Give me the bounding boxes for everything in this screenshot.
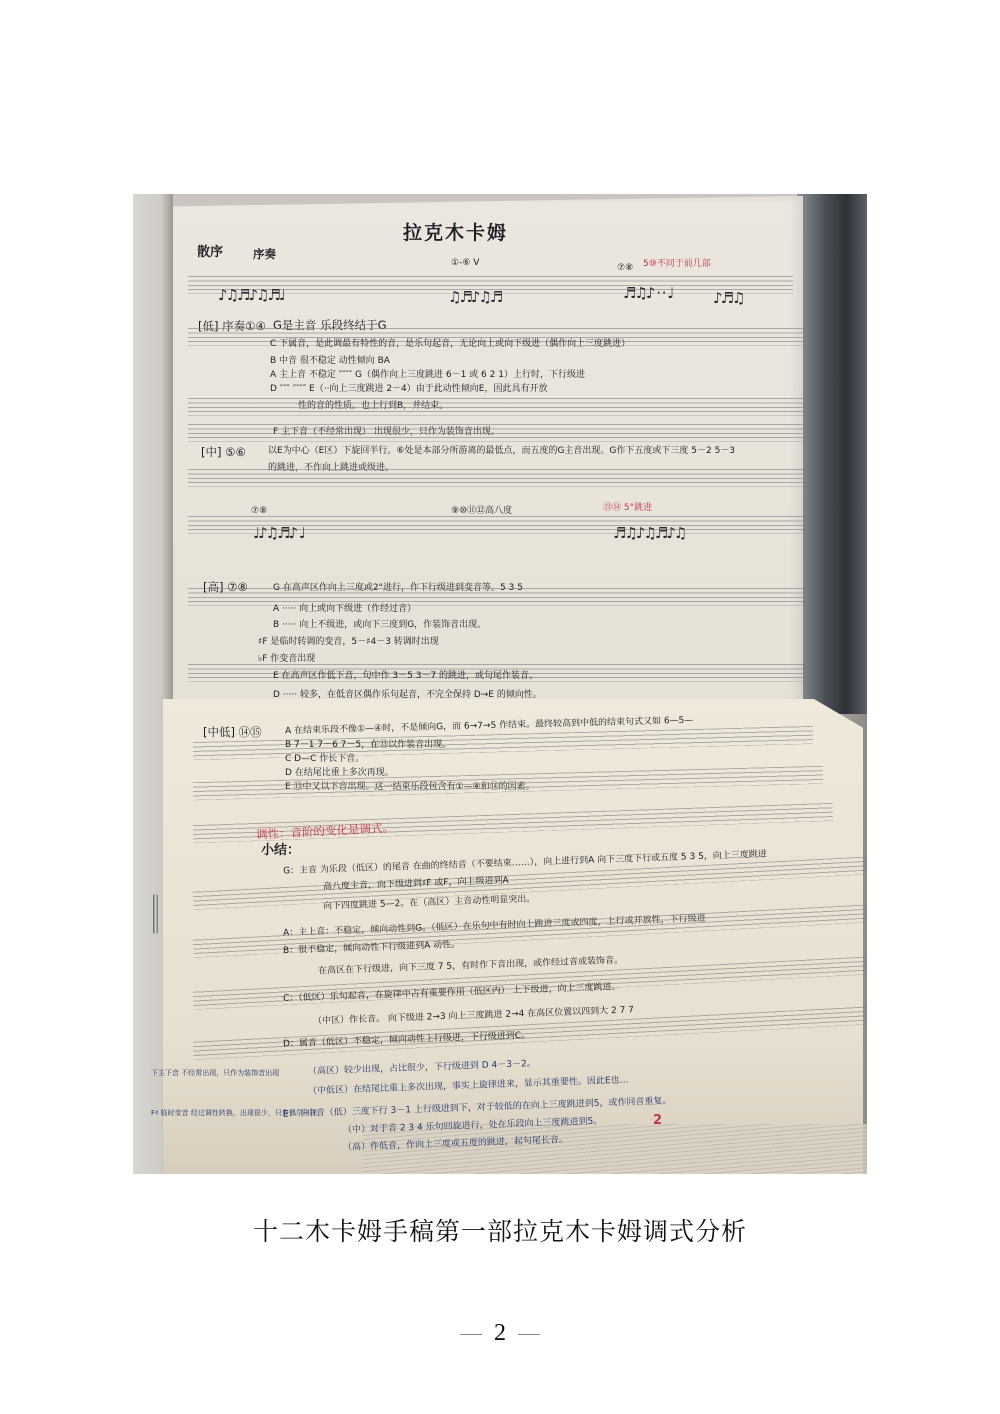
margin-note: F♯ 临时变音 经过调性转换，出现很少，只作偶尔出现 — [151, 1110, 317, 1117]
figure-caption: 十二木卡姆手稿第一部拉克木卡姆调式分析 — [0, 1212, 1000, 1248]
music-notes: ♫♬♪♫♬ — [448, 288, 501, 306]
margin-note: 下主下音 不经常出现，只作为装饰音出现 — [151, 1070, 279, 1077]
red-page-mark: 2 — [653, 1114, 662, 1127]
page-number-dash-left — [460, 1334, 482, 1336]
manuscript-photo: 拉克木卡姆 散序 序奏 ①-⑥ V ⑦⑧ 5⑩不同于前几部 ♪♫♬♪♫♬♩ ♫♬… — [133, 194, 867, 1174]
section-high-line: D ····· 较多，在低音区偶作乐句起音，不完全保持 D→E 的倾向性。 — [273, 691, 542, 700]
page-number-value: 2 — [494, 1320, 506, 1346]
bar-mark: ⑨⑩⑪⑫高八度 — [451, 507, 512, 516]
staple — [153, 894, 158, 934]
bar-mark: ①-⑥ V — [451, 259, 479, 268]
section-high-line: ♯F 是临时转调的变音，5－♯4－3 转调时出现 — [258, 638, 439, 647]
section-middle-line: 以E为中心（E区）下旋回半行。⑥处是本部分所游离的最低点，而五度的G主音出现。G… — [268, 447, 735, 456]
bar-mark: ⑦⑧ — [617, 264, 633, 273]
bar-mark: ⑦⑧ — [251, 507, 267, 516]
music-staff — [188, 398, 803, 416]
section-low-line: D ″″″ ″″″″ E（··向上三度跳进 2－4）由于此动性倾向E，因此具有开… — [270, 385, 547, 394]
section-low-line: B 中音 很不稳定 动性倾向 BA — [270, 357, 390, 366]
bar-mark-red: 5⑩不同于前几部 — [643, 260, 711, 269]
bar-mark-red: ⑬⑭ 5°跳进 — [603, 504, 652, 513]
section-middle-label: [中] ⑤⑥ — [201, 447, 246, 459]
manuscript-title: 拉克木卡姆 — [403, 224, 508, 243]
music-notes: ♪♬♫ — [713, 289, 743, 307]
music-notes: ♩♪♫♬♪ ♩ — [253, 524, 304, 542]
section-low-line: C 下属音，是此调最有特性的音，是乐句起音，无论向上或向下级进（偶作向上三度跳进… — [270, 340, 630, 349]
section-midlow-line: B 7－1 7－6 7－5，在⑬以作装音出现。 — [285, 741, 451, 750]
page-number: 2 — [0, 1320, 1000, 1347]
music-notes: ♬♫♪ · · ♩ — [623, 284, 672, 302]
section-midlow-line: C D—C 作长下音。 — [285, 755, 364, 764]
summary-label: 小结： — [261, 844, 300, 857]
music-staff — [188, 469, 803, 487]
music-notes: ♬♫♪♫♬♪♫ — [613, 524, 685, 542]
photo-background-right — [797, 194, 867, 714]
section-low-line: A 主上音 不稳定 ″″″″ G（偶作向上三度跳进 6－1 或 6 2 1）上行… — [270, 371, 585, 380]
section-high-line: A ····· 向上或向下级进（作经过音） — [273, 605, 416, 614]
manuscript-header-left: 散序 — [197, 246, 223, 259]
manuscript-header-prelude: 序奏 — [253, 249, 276, 261]
music-notes: ♪♫♬♪♫♬♩ — [218, 286, 284, 304]
section-midlow-label: [中低] ⑭⑮ — [203, 727, 262, 739]
music-staff — [188, 424, 803, 442]
section-high-line: B ····· 向上不级进，或向下三度到G，作装饰音出现。 — [273, 621, 486, 630]
section-high-line: ♭F 作变音出现 — [258, 655, 315, 664]
page-number-dash-right — [518, 1334, 540, 1336]
section-high-line: E 在高声区作低下音，句中作 3－5 3－7 的跳进，或句尾作装音。 — [273, 672, 538, 681]
